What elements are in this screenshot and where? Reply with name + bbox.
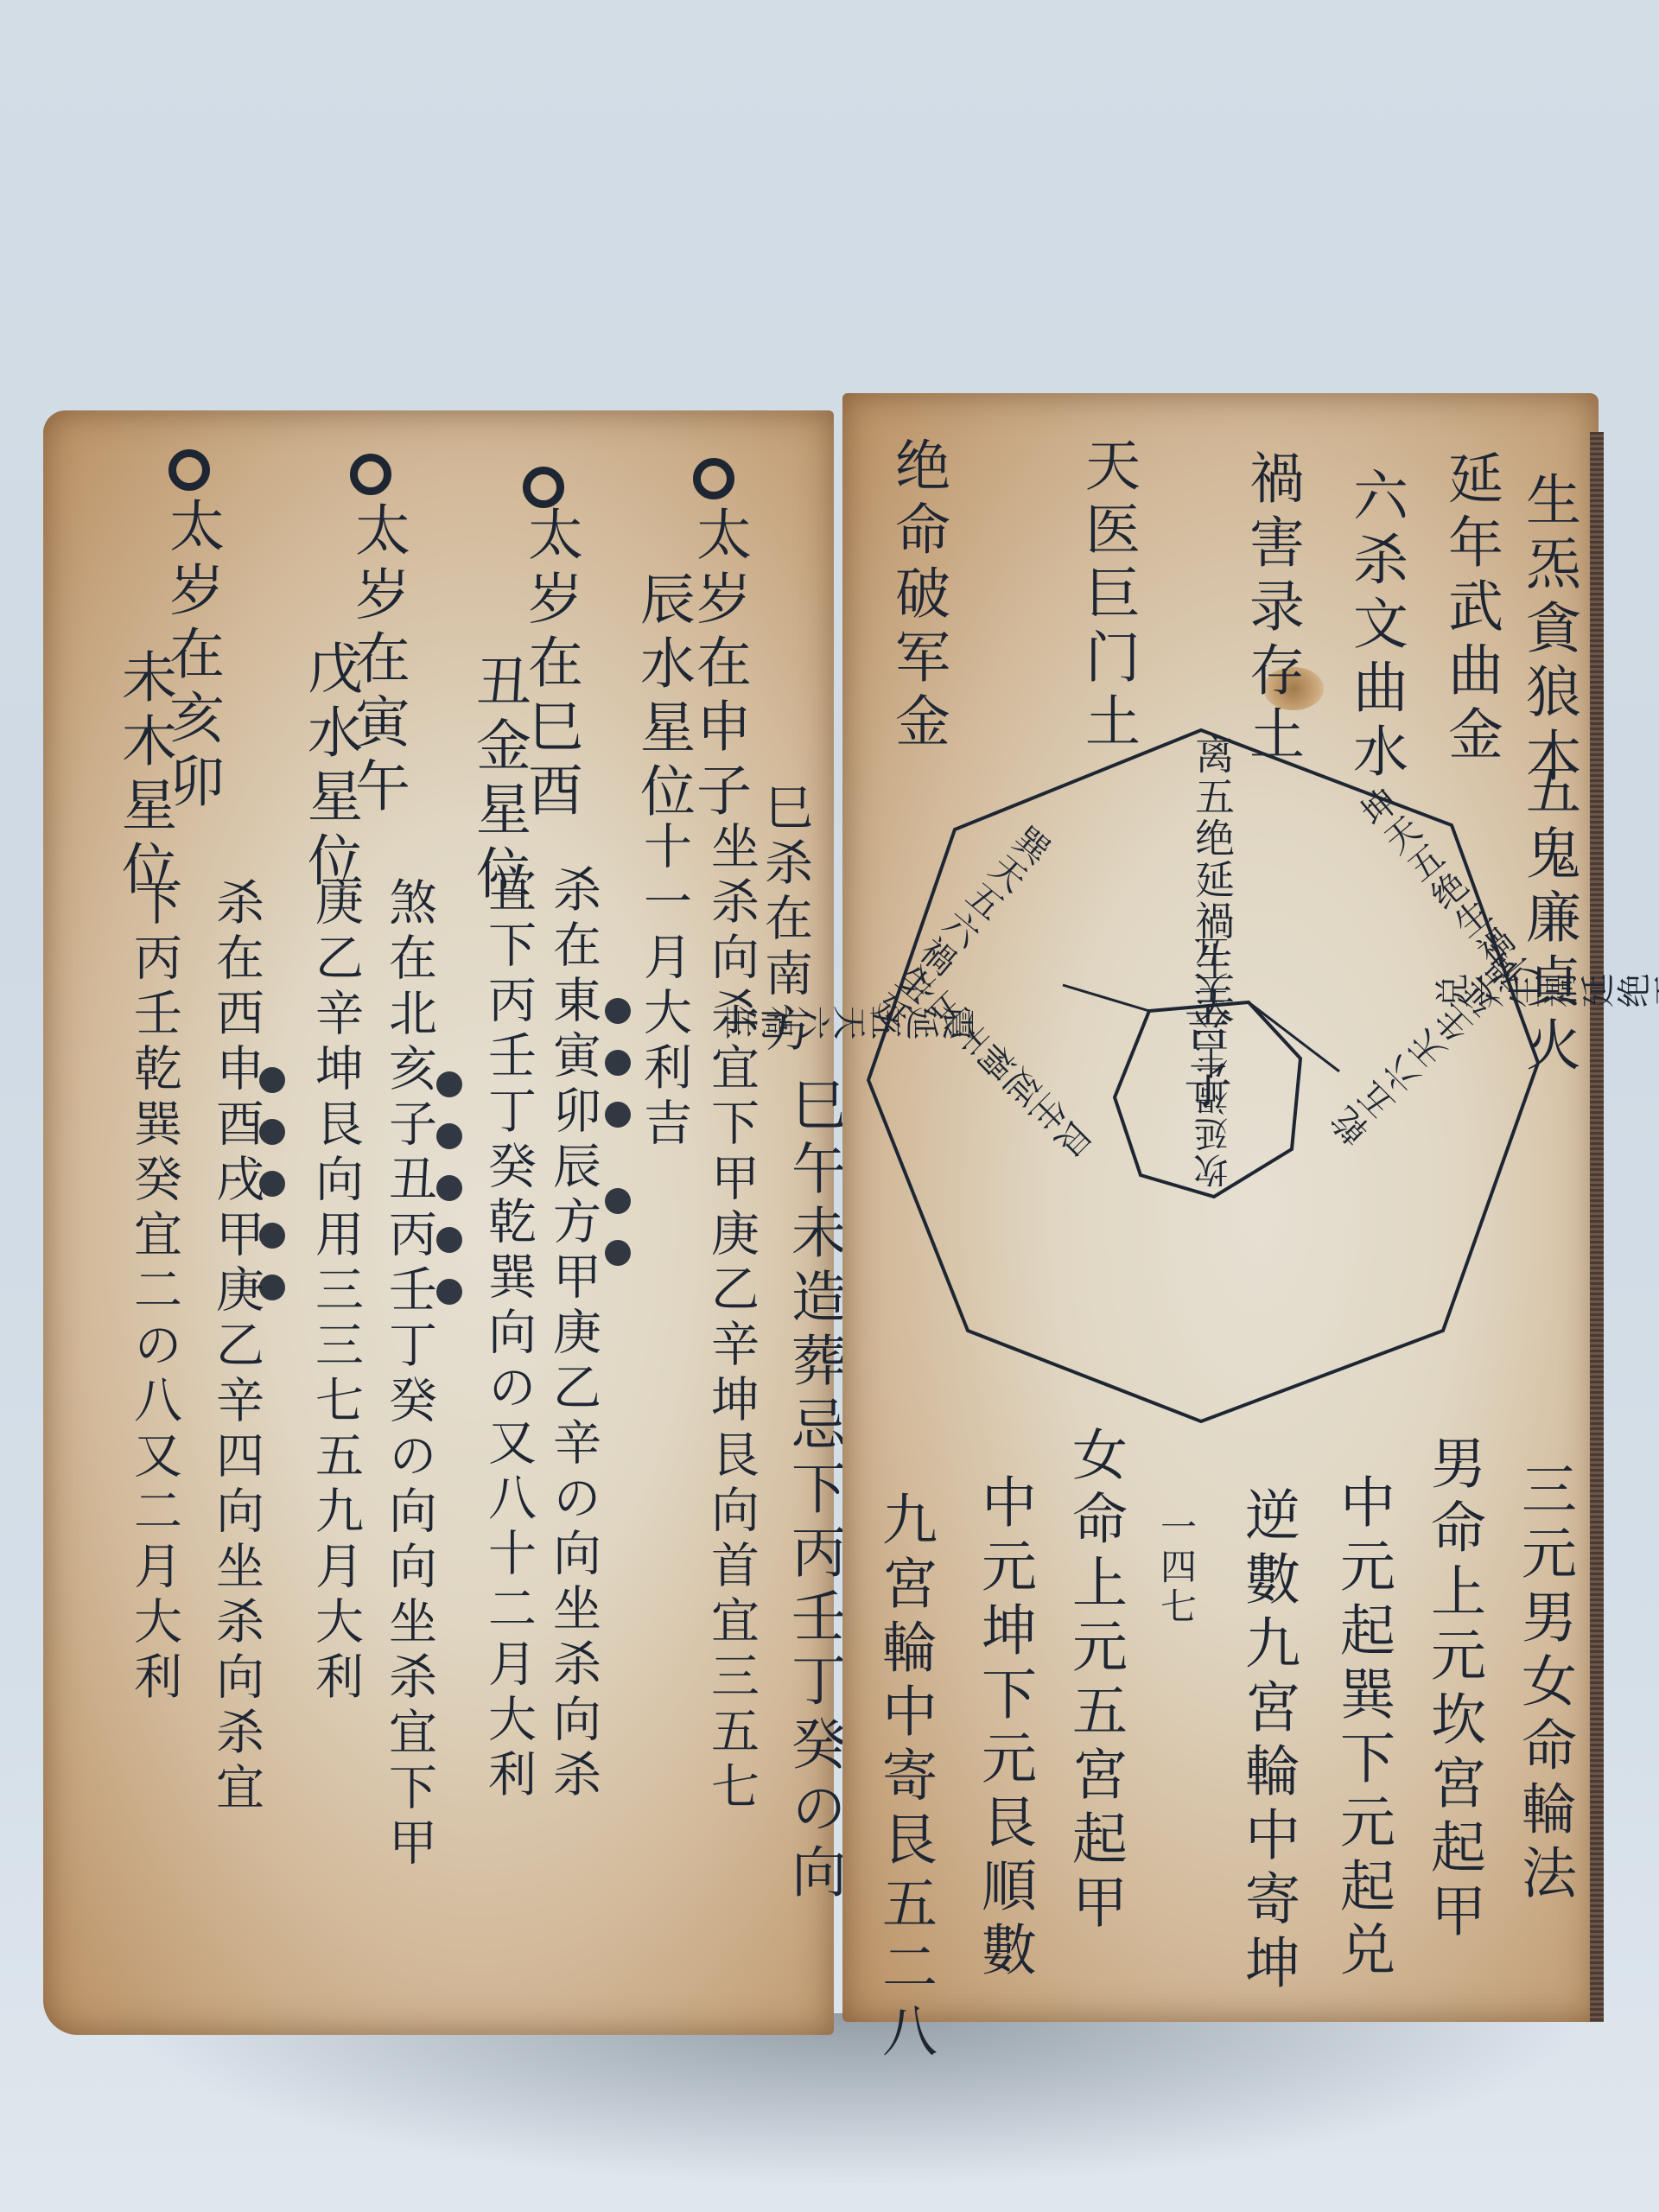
ink-dot [259,1119,285,1145]
right-bottom-col-2: 男命上元坎宮起甲 [1426,1434,1481,1946]
left-col-1: 巳午未造葬忌下丙壬丁癸の向 [786,1076,842,1907]
ink-dot [436,1071,462,1097]
ink-dot [605,1102,631,1128]
right-bottom-col-5: 一四七 [1158,1508,1194,1627]
left-col-5c: 煞在北亥子丑丙壬丁癸の向向坐杀宜下甲 [385,877,433,1872]
circle-mark [693,458,734,499]
right-bottom-col-1: 三元男女命輪法 [1516,1460,1572,1908]
right-bottom-col-8: 九宮輪中寄艮五二八 [877,1491,932,2066]
left-col-4c: 杀在東寅卯辰方甲庚乙辛の向坐杀向杀 [549,864,597,1804]
ink-dot [436,1175,462,1201]
left-col-6d: 下丙壬乾巽癸宜二の八又二月大利 [130,877,178,1707]
diagram-center-text: 吉子 [1179,1002,1228,1116]
left-col-5b: 戊水星位 [302,639,358,895]
ink-dot [605,1240,631,1266]
left-col-5d: 庚乙辛坤艮向用三三七五九月大利 [311,877,359,1707]
left-col-2a: 太岁在申子 [691,505,747,825]
diagram-spoke-west: 震延五天六禍生 [722,1002,976,1037]
circle-mark [350,454,391,495]
ink-dot [436,1227,462,1253]
ink-dot [259,1223,285,1249]
circle-mark [168,449,210,491]
ink-dot [259,1067,285,1093]
ink-dot [605,998,631,1024]
left-col-6c: 杀在西申酉戌甲庚乙辛四向坐杀向杀宜 [212,877,260,1817]
book-shadow [121,2013,1590,2186]
left-col-3b: 坐杀向杀宜下甲庚乙辛坤艮向首宜三五七 [707,821,755,1816]
right-bottom-col-6: 女命上元五宮起甲 [1067,1426,1122,1937]
left-col-3a: 辰水星位 [635,570,690,826]
right-col-5b: 绝命破军金 [890,436,945,756]
right-col-2: 延年武曲金 [1443,449,1498,769]
right-col-4: 禍害录存土 [1244,449,1300,769]
left-col-3c: 十一月大利吉 [639,821,688,1153]
ink-dot [605,1188,631,1214]
left-col-4d: 宜下丙壬丁癸乾巽向の又八十二月大利 [484,864,532,1804]
left-col-4a: 太岁在巳酉 [523,505,578,825]
right-bottom-col-7: 中元坤下元艮順數 [976,1473,1032,1985]
right-bottom-col-4: 逆數九宮輪中寄坤 [1240,1486,1295,1998]
ink-dot [436,1123,462,1149]
ink-dot [605,1050,631,1076]
ink-dot [259,1274,285,1300]
right-col-5: 天医巨门土 [1080,436,1135,756]
ink-dot [436,1279,462,1305]
right-bottom-col-3: 中元起巽下元起兑 [1335,1473,1390,1985]
circle-mark [523,467,564,508]
ink-dot [259,1171,285,1197]
left-col-6b: 未木星位 [117,648,172,904]
book-spine-edge [1590,432,1604,2022]
